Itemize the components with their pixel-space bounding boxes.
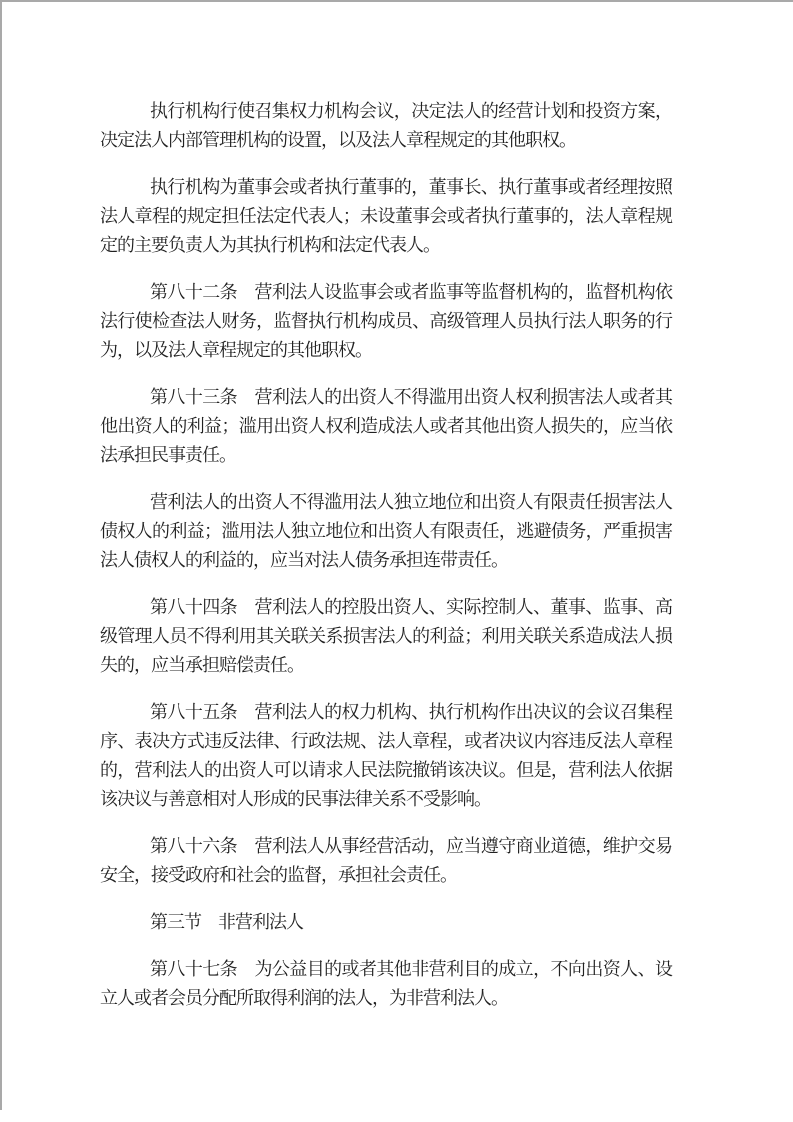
body-paragraph: 执行机构行使召集权力机构会议，决定法人的经营计划和投资方案，决定法人内部管理机构… (100, 97, 672, 155)
page-edge-line-left (0, 0, 2, 1110)
article-paragraph: 第八十六条 营利法人从事经营活动，应当遵守商业道德，维护交易安全，接受政府和社会… (100, 832, 672, 890)
article-paragraph: 第八十五条 营利法人的权力机构、执行机构作出决议的会议召集程序、表决方式违反法律… (100, 698, 672, 814)
article-paragraph: 第八十三条 营利法人的出资人不得滥用出资人权利损害法人或者其他出资人的利益；滥用… (100, 383, 672, 470)
article-paragraph: 第八十七条 为公益目的或者其他非营利目的成立，不向出资人、设立人或者会员分配所取… (100, 955, 672, 1013)
document-page: 执行机构行使召集权力机构会议，决定法人的经营计划和投资方案，决定法人内部管理机构… (0, 0, 793, 1122)
article-paragraph: 第八十二条 营利法人设监事会或者监事等监督机构的，监督机构依法行使检查法人财务，… (100, 278, 672, 365)
article-paragraph: 第八十四条 营利法人的控股出资人、实际控制人、董事、监事、高级管理人员不得利用其… (100, 593, 672, 680)
body-paragraph: 营利法人的出资人不得滥用法人独立地位和出资人有限责任损害法人债权人的利益；滥用法… (100, 488, 672, 575)
section-heading: 第三节 非营利法人 (100, 908, 672, 937)
page-edge-line-top (0, 0, 793, 2)
body-paragraph: 执行机构为董事会或者执行董事的，董事长、执行董事或者经理按照法人章程的规定担任法… (100, 173, 672, 260)
document-body: 执行机构行使召集权力机构会议，决定法人的经营计划和投资方案，决定法人内部管理机构… (100, 97, 672, 1013)
